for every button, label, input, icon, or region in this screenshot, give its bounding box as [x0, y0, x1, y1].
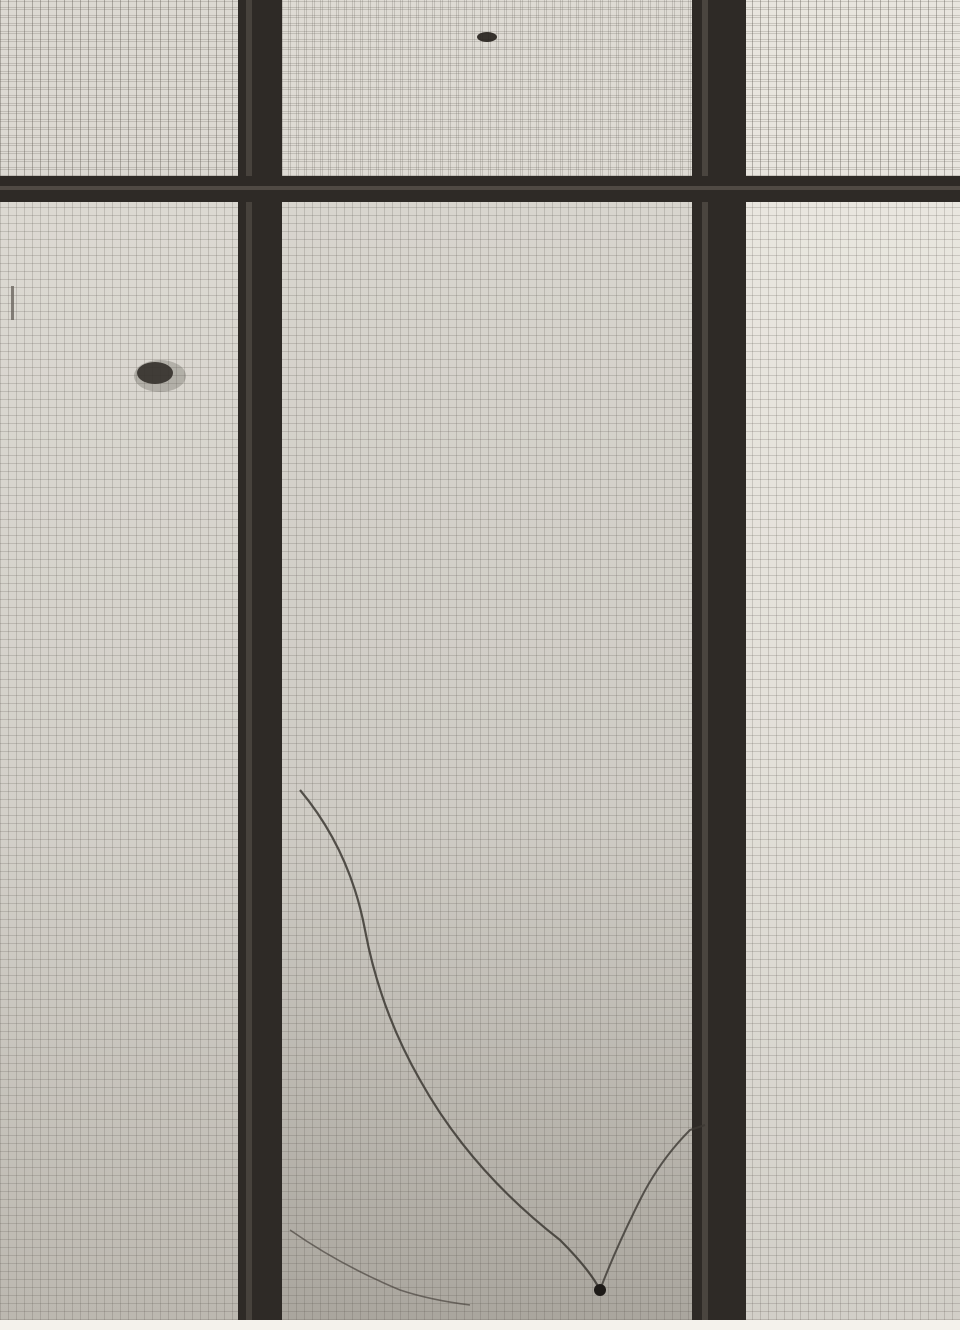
scratch-left [11, 286, 14, 320]
crack-branch-bottom [290, 1230, 470, 1305]
photo-border [0, 1320, 960, 1330]
hole-top-center [477, 32, 497, 42]
damage-marks [0, 0, 960, 1320]
crack-main [300, 790, 600, 1290]
window-photo [0, 0, 960, 1320]
crack-branch-right [600, 1125, 705, 1290]
crack-origin-spot [594, 1284, 606, 1296]
